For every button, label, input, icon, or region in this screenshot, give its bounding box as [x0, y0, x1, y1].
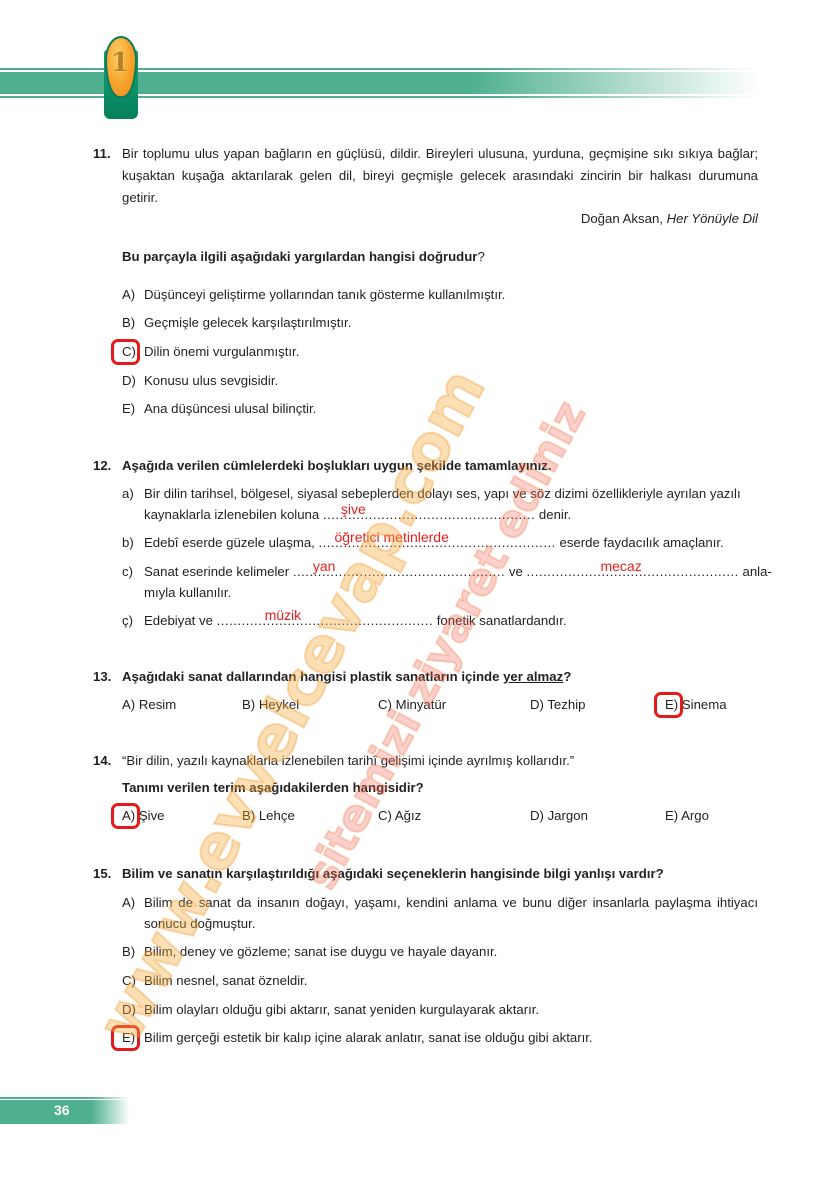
- option-letter: D): [122, 371, 144, 391]
- answer-mark-circle: [111, 1025, 140, 1051]
- option-letter: B): [122, 313, 144, 333]
- option-letter: A): [122, 892, 144, 913]
- item-text: Edebî eserde güzele ulaşma,: [144, 535, 318, 550]
- question-number: 15.: [93, 863, 111, 885]
- q11-option-d[interactable]: D)Konusu ulus sevgisidir.: [122, 371, 278, 391]
- option-letter: C): [122, 971, 144, 991]
- question-11-prompt: Bu parçayla ilgili aşağıdaki yargılardan…: [93, 246, 758, 268]
- item-letter: a): [122, 484, 144, 504]
- question-12: 12. Aşağıda verilen cümlelerdeki boşlukl…: [93, 455, 758, 477]
- fill-blank-c1[interactable]: ........................................…: [293, 562, 505, 582]
- q13-option-b[interactable]: B) Heykel: [242, 695, 299, 715]
- handwritten-answer: yan: [313, 556, 336, 576]
- item-letter: c): [122, 562, 144, 582]
- handwritten-answer: müzik: [265, 605, 302, 625]
- option-letter: B): [122, 942, 144, 962]
- q11-option-e[interactable]: E)Ana düşüncesi ulusal bilinçtir.: [122, 399, 316, 419]
- item-text: ve: [505, 564, 526, 579]
- handwritten-answer: mecaz: [600, 556, 641, 576]
- question-15: 15. Bilim ve sanatın karşılaştırıldığı a…: [93, 863, 758, 885]
- question-passage: Bir toplumu ulus yapan bağların en güçlü…: [122, 143, 758, 209]
- q15-option-d[interactable]: D)Bilim olayları olduğu gibi aktarır, sa…: [122, 1000, 539, 1020]
- question-number: 13.: [93, 666, 111, 688]
- question-number: 12.: [93, 455, 111, 477]
- q12-item-cc: ç)Edebiyat ve ..........................…: [122, 611, 567, 631]
- question-quote: “Bir dilin, yazılı kaynaklarla izlenebil…: [122, 750, 758, 772]
- option-text: Ana düşüncesi ulusal bilinçtir.: [144, 401, 316, 416]
- q15-option-a[interactable]: A)Bilim de sanat da insanın doğayı, yaşa…: [122, 892, 758, 934]
- option-text: Bilim de sanat da insanın doğayı, yaşamı…: [144, 895, 758, 931]
- handwritten-answer: şive: [341, 499, 366, 519]
- option-text: Dilin önemi vurgulanmıştır.: [144, 344, 299, 359]
- handwritten-answer: öğretici metinlerde: [334, 527, 448, 547]
- prompt-emphasis: yer almaz: [503, 669, 563, 684]
- footer-line-top: [0, 1097, 130, 1099]
- page-number: 36: [54, 1102, 70, 1118]
- prompt-text: Bu parçayla ilgili aşağıdaki yargılardan…: [122, 249, 477, 264]
- blank-dots: ........................................…: [217, 613, 434, 628]
- answer-mark-circle: [111, 339, 140, 365]
- item-text: Edebiyat ve: [144, 613, 217, 628]
- option-letter: A): [122, 285, 144, 305]
- option-text: Geçmişle gelecek karşılaştırılmıştır.: [144, 315, 351, 330]
- question-prompt: Tanımı verilen terim aşağıdakilerden han…: [122, 777, 758, 799]
- option-letter: D): [122, 1000, 144, 1020]
- item-letter: b): [122, 533, 144, 553]
- q13-option-c[interactable]: C) Minyatür: [378, 695, 446, 715]
- item-text: denir.: [535, 507, 571, 522]
- question-prompt: Aşağıdaki sanat dallarından hangisi plas…: [122, 666, 758, 688]
- prompt-qmark: ?: [563, 669, 571, 684]
- option-text: Bilim gerçeği estetik bir kalıp içine al…: [144, 1030, 593, 1045]
- q13-option-a[interactable]: A) Resim: [122, 695, 176, 715]
- question-prompt: Aşağıda verilen cümlelerdeki boşlukları …: [122, 455, 758, 477]
- q11-option-b[interactable]: B)Geçmişle gelecek karşılaştırılmıştır.: [122, 313, 351, 333]
- attribution-work: Her Yönüyle Dil: [667, 211, 758, 226]
- q11-option-a[interactable]: A)Düşünceyi geliştirme yollarından tanık…: [122, 285, 505, 305]
- footer-line-bottom: [0, 1122, 130, 1124]
- q12-item-a-line2: kaynaklarla izlenebilen koluna .........…: [144, 505, 571, 525]
- answer-mark-circle: [654, 692, 683, 718]
- question-prompt: Bilim ve sanatın karşılaştırıldığı aşağı…: [122, 863, 758, 885]
- q11-option-c[interactable]: C)Dilin önemi vurgulanmıştır.: [122, 342, 299, 362]
- option-text: Bilim olayları olduğu gibi aktarır, sana…: [144, 1002, 539, 1017]
- option-letter: E): [122, 399, 144, 419]
- q15-option-b[interactable]: B)Bilim, deney ve gözleme; sanat ise duy…: [122, 942, 497, 962]
- option-text: Düşünceyi geliştirme yollarından tanık g…: [144, 287, 505, 302]
- question-11: 11. Bir toplumu ulus yapan bağların en g…: [93, 143, 758, 209]
- item-text: eserde faydacılık amaçlanır.: [556, 535, 724, 550]
- q15-option-e[interactable]: E)Bilim gerçeği estetik bir kalıp içine …: [122, 1028, 593, 1048]
- q14-option-d[interactable]: D) Jargon: [530, 806, 588, 826]
- prompt-qmark: ?: [477, 249, 484, 264]
- option-text: Bilim nesnel, sanat özneldir.: [144, 973, 307, 988]
- question-number: 11.: [93, 143, 111, 165]
- unit-number: 1: [104, 48, 136, 78]
- attribution: Doğan Aksan, Her Yönüyle Dil: [581, 208, 758, 230]
- option-text: Bilim, deney ve gözleme; sanat ise duygu…: [144, 944, 497, 959]
- answer-mark-circle: [111, 803, 140, 829]
- q12-item-b: b)Edebî eserde güzele ulaşma, ..........…: [122, 533, 724, 553]
- q12-item-c-line2: mıyla kullanılır.: [144, 583, 231, 603]
- item-letter: ç): [122, 611, 144, 631]
- unit-badge: 1: [104, 36, 138, 119]
- question-13: 13. Aşağıdaki sanat dallarından hangisi …: [93, 666, 758, 688]
- attribution-author: Doğan Aksan,: [581, 211, 667, 226]
- question-14-prompt: Tanımı verilen terim aşağıdakilerden han…: [93, 777, 758, 799]
- fill-blank-a[interactable]: ........................................…: [323, 505, 535, 525]
- q14-option-e[interactable]: E) Argo: [665, 806, 709, 826]
- question-number: 14.: [93, 750, 111, 772]
- question-14: 14. “Bir dilin, yazılı kaynaklarla izlen…: [93, 750, 758, 772]
- fill-blank-b[interactable]: ........................................…: [318, 533, 555, 553]
- item-text: Bir dilin tarihsel, bölgesel, siyasal se…: [144, 486, 741, 501]
- fill-blank-c2[interactable]: ........................................…: [526, 562, 738, 582]
- fill-blank-cc[interactable]: ........................................…: [217, 611, 434, 631]
- q14-option-c[interactable]: C) Ağız: [378, 806, 421, 826]
- item-text: kaynaklarla izlenebilen koluna: [144, 507, 323, 522]
- q14-option-b[interactable]: B) Lehçe: [242, 806, 295, 826]
- item-text: Sanat eserinde kelimeler: [144, 564, 293, 579]
- item-text: fonetik sanatlardandır.: [433, 613, 566, 628]
- item-text: anla-: [739, 564, 772, 579]
- prompt-text: Aşağıdaki sanat dallarından hangisi plas…: [122, 669, 503, 684]
- q13-option-d[interactable]: D) Tezhip: [530, 695, 585, 715]
- q12-item-a-line1: a)Bir dilin tarihsel, bölgesel, siyasal …: [122, 484, 741, 504]
- q12-item-c: c)Sanat eserinde kelimeler .............…: [122, 562, 758, 582]
- option-text: Konusu ulus sevgisidir.: [144, 373, 278, 388]
- q15-option-c[interactable]: C)Bilim nesnel, sanat özneldir.: [122, 971, 307, 991]
